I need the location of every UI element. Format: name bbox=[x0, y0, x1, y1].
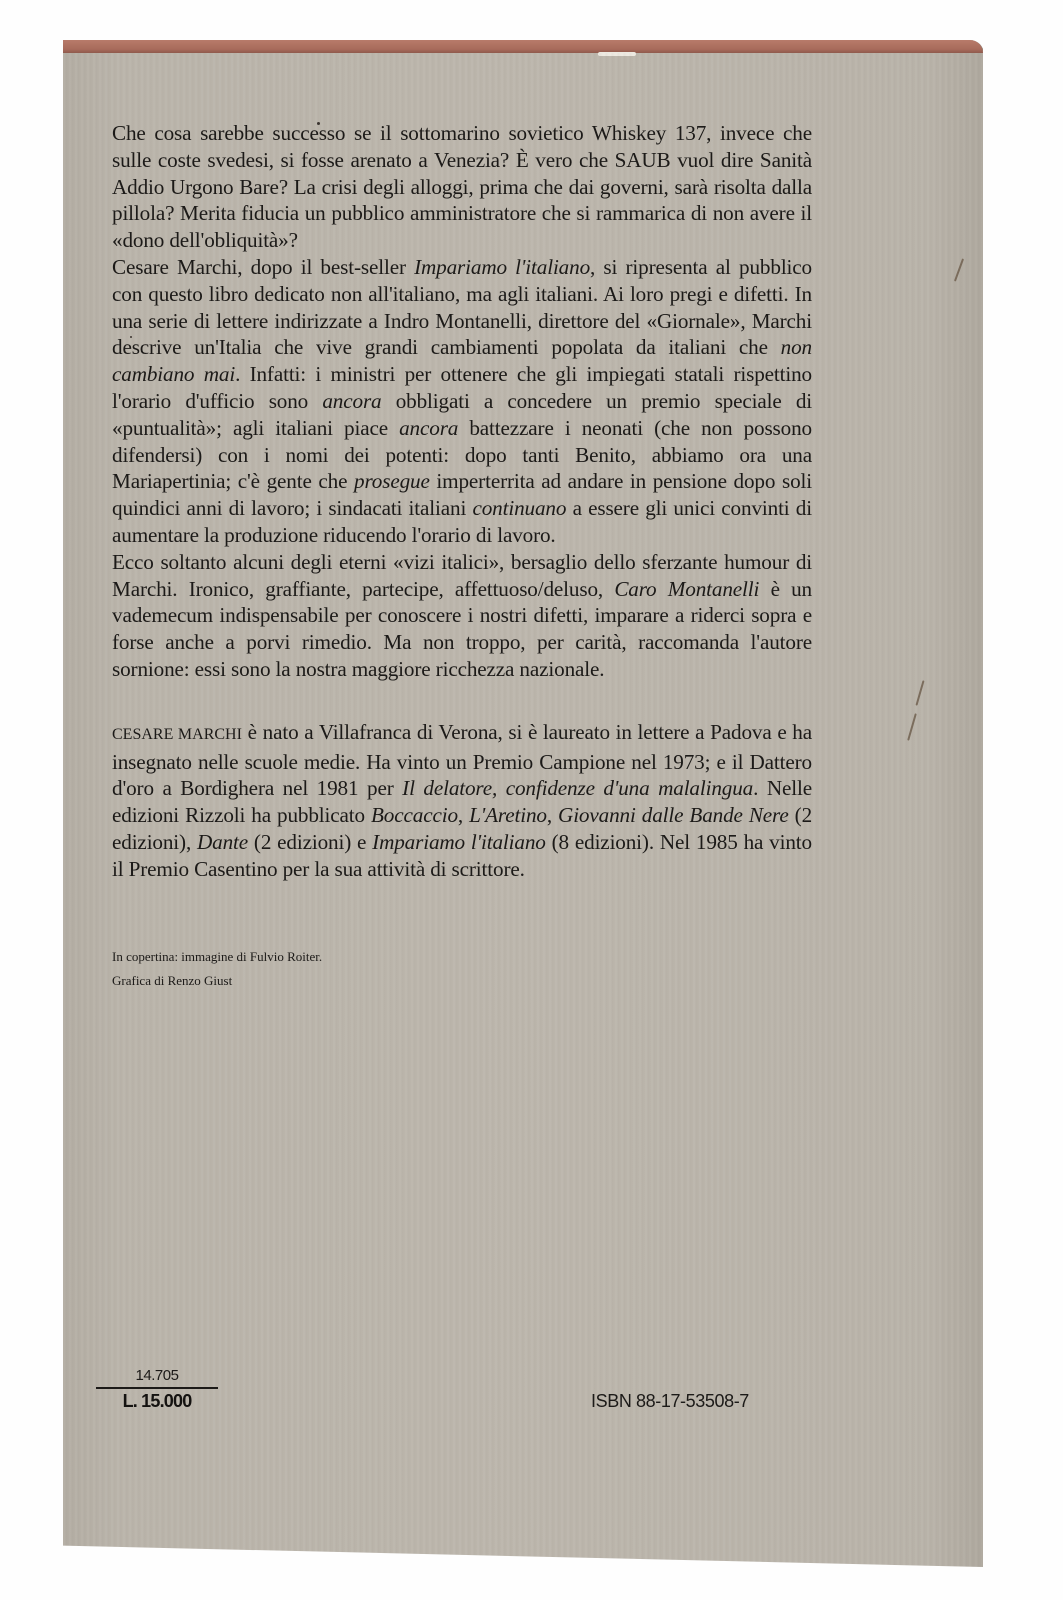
author-name: CESARE MARCHI bbox=[112, 726, 242, 743]
isbn: ISBN 88-17-53508-7 bbox=[591, 1391, 749, 1412]
italic-title-text: L'Aretino bbox=[469, 803, 547, 827]
italic-title-text: Boccaccio bbox=[371, 803, 458, 827]
blurb: Che cosa sarebbe successo se il sottomar… bbox=[112, 120, 812, 683]
body-text: Cesare Marchi, dopo il best-seller bbox=[112, 255, 414, 279]
italic-title-text: ancora bbox=[322, 389, 381, 413]
scratch-mark bbox=[907, 713, 917, 740]
body-text: Che cosa sarebbe successo se il sottomar… bbox=[112, 121, 812, 252]
body-text: , bbox=[458, 803, 469, 827]
back-cover-text: Che cosa sarebbe successo se il sottomar… bbox=[112, 120, 812, 993]
italic-title-text: Caro Montanelli bbox=[614, 577, 759, 601]
body-text: , bbox=[547, 803, 558, 827]
top-edge-wear bbox=[598, 52, 636, 56]
body-text: (2 edizioni) e bbox=[248, 830, 372, 854]
price-code: 14.705 bbox=[96, 1367, 218, 1389]
author-bio-paragraph: CESARE MARCHI è nato a Villafranca di Ve… bbox=[112, 719, 812, 883]
blurb-paragraph: Che cosa sarebbe successo se il sottomar… bbox=[112, 120, 812, 254]
italic-title-text: Dante bbox=[197, 830, 248, 854]
price-block: 14.705 L. 15.000 bbox=[96, 1367, 218, 1412]
blurb-paragraph: Cesare Marchi, dopo il best-seller Impar… bbox=[112, 254, 812, 549]
scratch-mark bbox=[954, 258, 964, 281]
design-credit: Grafica di Renzo Giust bbox=[112, 969, 812, 993]
italic-title-text: prosegue bbox=[354, 469, 430, 493]
italic-title-text: ancora bbox=[399, 416, 458, 440]
italic-title-text: continuano bbox=[472, 496, 566, 520]
italic-title-text: Impariamo l'italiano bbox=[414, 255, 590, 279]
author-bio: CESARE MARCHI è nato a Villafranca di Ve… bbox=[112, 719, 812, 883]
cover-credit: In copertina: immagine di Fulvio Roiter. bbox=[112, 945, 812, 969]
italic-title-text: Impariamo l'italiano bbox=[372, 830, 546, 854]
credits: In copertina: immagine di Fulvio Roiter.… bbox=[112, 945, 812, 993]
book-top-edge bbox=[63, 40, 983, 53]
blurb-paragraph: Ecco soltanto alcuni degli eterni «vizi … bbox=[112, 549, 812, 683]
price-value: L. 15.000 bbox=[96, 1389, 218, 1412]
scratch-mark bbox=[915, 680, 924, 706]
italic-title-text: Giovanni dalle Bande Nere bbox=[558, 803, 789, 827]
italic-title-text: Il delatore, confidenze d'una malalingua bbox=[402, 776, 753, 800]
